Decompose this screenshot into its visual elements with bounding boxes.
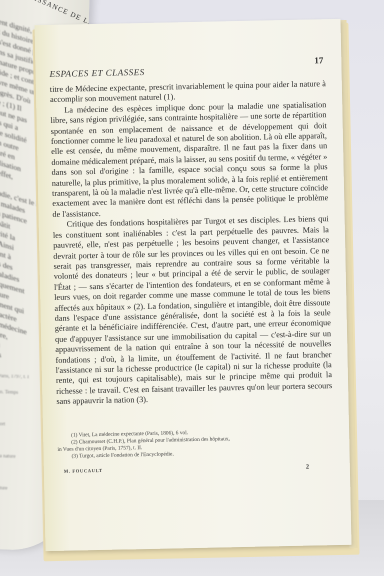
- page-header: ESPACES ET CLASSES 17: [49, 61, 325, 81]
- signature-number: 2: [306, 464, 309, 471]
- page-body-text: titre de Médecine expectante, prescrit i…: [50, 79, 333, 407]
- book-page: ESPACES ET CLASSES 17 titre de Médecine …: [35, 19, 352, 551]
- footnotes: (1) Vitet, La médecine expectante (Paris…: [57, 427, 334, 461]
- page-number: 17: [314, 55, 323, 65]
- running-head: ESPACES ET CLASSES: [49, 67, 144, 79]
- signature-mark: M. FOUCAULT: [64, 468, 103, 474]
- paragraph: La médecine des espèces implique donc po…: [50, 100, 328, 220]
- paragraph: Critique des fondations hospitalières pa…: [53, 214, 333, 407]
